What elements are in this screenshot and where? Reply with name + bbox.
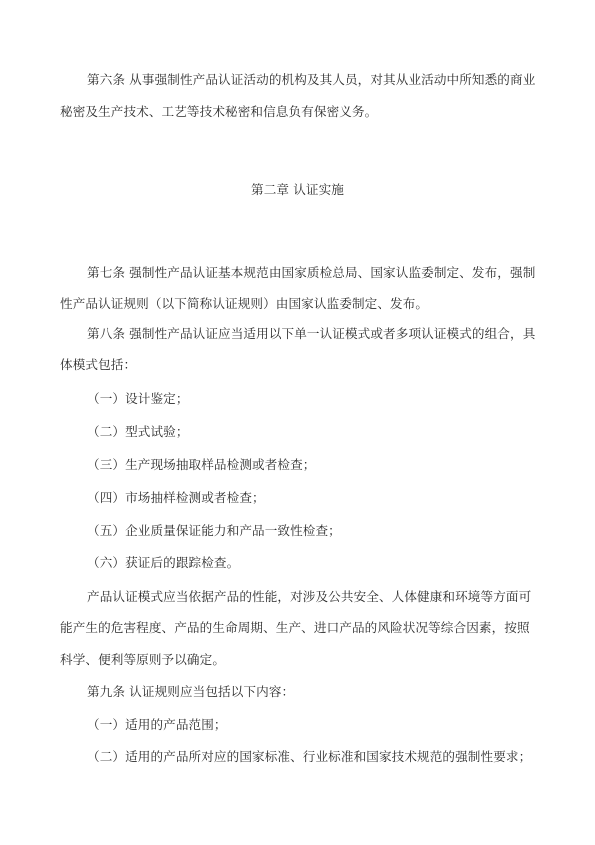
paragraph-line-2: 能产生的危害程度、产品的生命周期、生产、进口产品的风险状况等综合因素，按照 [60,620,536,636]
article-7-line-2: 性产品认证规则（以下简称认证规则）由国家认监委制定、发布。 [60,296,536,312]
list-item: （二）适用的产品所对应的国家标准、行业标准和国家技术规范的强制性要求； [87,749,563,765]
list-item: （一）设计鉴定； [87,391,563,407]
article-8-line-1: 第八条 强制性产品认证应当适用以下单一认证模式或者多项认证模式的组合，具 [87,326,563,342]
article-9-line-1: 第九条 认证规则应当包括以下内容： [87,684,563,700]
article-6-line-2: 秘密及生产技术、工艺等技术秘密和信息负有保密义务。 [60,104,536,120]
list-item: （三）生产现场抽取样品检测或者检查； [87,457,563,473]
list-item: （一）适用的产品范围； [87,717,563,733]
article-6-line-1: 第六条 从事强制性产品认证活动的机构及其人员，对其从业活动中所知悉的商业 [87,72,563,88]
chapter-heading: 第二章 认证实施 [0,182,595,198]
list-item: （二）型式试验； [87,424,563,440]
list-item: （五）企业质量保证能力和产品一致性检查； [87,523,563,539]
list-item: （四）市场抽样检测或者检查； [87,490,563,506]
paragraph-line-3: 科学、便利等原则予以确定。 [60,652,536,668]
article-7-line-1: 第七条 强制性产品认证基本规范由国家质检总局、国家认监委制定、发布，强制 [87,265,563,281]
article-8-line-2: 体模式包括： [60,357,536,373]
paragraph-line-1: 产品认证模式应当依据产品的性能，对涉及公共安全、人体健康和环境等方面可 [87,589,563,605]
list-item: （六）获证后的跟踪检查。 [87,555,563,571]
